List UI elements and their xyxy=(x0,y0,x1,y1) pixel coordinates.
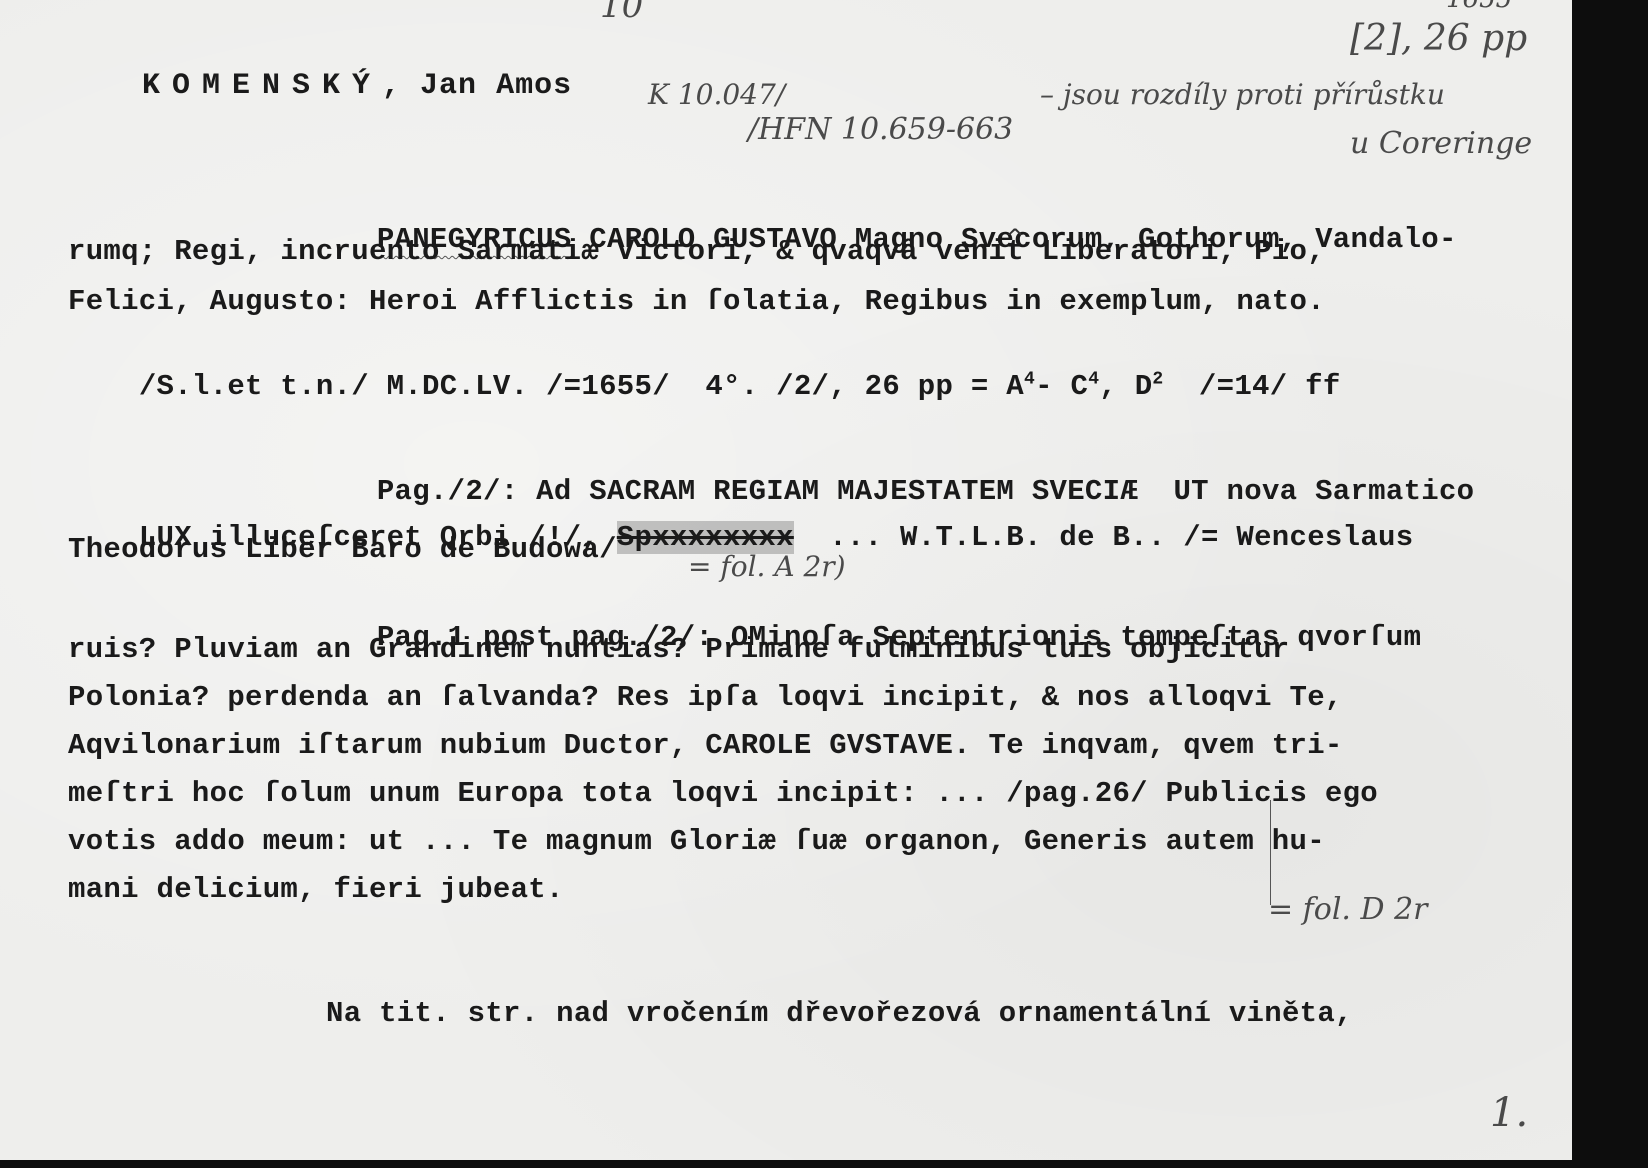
catalog-card: 10 1655 [2], 26 pp KOMENSKÝ, Jan Amos K … xyxy=(0,0,1572,1160)
title-line-3: Felici, Augusto: Heroi Afflictis in ſola… xyxy=(68,284,1325,320)
handwritten-fol-note-1: = fol. A 2r) xyxy=(688,550,846,583)
imprint-year: /=1655/ xyxy=(546,370,670,403)
handwritten-shelfmark-2: /HFN 10.659-663 xyxy=(748,112,1013,147)
incipit-line-3: Polonia? perdenda an ſalvanda? Res ipſa … xyxy=(68,680,1343,716)
dedication-line-2-end: ... W.T.L.B. de B.. /= Wenceslaus xyxy=(794,521,1414,554)
incipit-line-4: Aqvilonarium iſtarum nubium Ductor, CARO… xyxy=(68,728,1343,764)
handwritten-remark-line-1: – jsou rozdíly proti přírůstku xyxy=(1040,78,1445,111)
imprint-line: /S.l.et t.n./ M.DC.LV. /=1655/ 4°. /2/, … xyxy=(68,333,1341,441)
ornament-note: Na tit. str. nad vročením dřevořezová or… xyxy=(326,996,1353,1032)
incipit-line-5: meſtri hoc ſolum unum Europa tota loqvi … xyxy=(68,776,1378,812)
incipit-line-6: votis addo meum: ut ... Te magnum Gloriæ… xyxy=(68,824,1325,860)
imprint-leaves: /=14/ ff xyxy=(1199,370,1341,403)
incipit-line-2: ruis? Pluviam an Grandinem nuntias? Prim… xyxy=(68,632,1290,668)
imprint-place-printer: /S.l.et t.n./ xyxy=(139,370,369,403)
author-surname: KOMENSKÝ xyxy=(142,69,382,103)
author-given-name: , Jan Amos xyxy=(382,69,572,103)
incipit-line-7: mani delicium, fieri jubeat. xyxy=(68,872,564,908)
imprint-format: 4°. xyxy=(705,370,758,403)
imprint-pages: /2/, 26 pp xyxy=(776,370,953,403)
handwritten-fol-note-2: = fol. D 2r xyxy=(1268,892,1428,927)
title-line-2: rumq; Regi, incruento Sarmatiæ Victori, … xyxy=(68,234,1325,270)
handwritten-pointer-line xyxy=(1270,800,1271,905)
imprint-year-roman: M.DC.LV. xyxy=(387,370,529,403)
handwritten-pagination: [2], 26 pp xyxy=(1350,18,1527,59)
handwritten-year: 1655 xyxy=(1446,0,1512,14)
dedication-line-3: Theodorus Liber Baro de Budowa/ xyxy=(68,532,617,568)
scan-border-right xyxy=(1572,0,1648,1168)
handwritten-top-left-mark: 10 xyxy=(600,0,643,26)
handwritten-card-number: 1. xyxy=(1490,1090,1528,1136)
handwritten-remark-line-2: u Coreringe xyxy=(1350,126,1532,161)
scan-border-bottom xyxy=(0,1160,1648,1168)
author-heading: KOMENSKÝ, Jan Amos xyxy=(66,32,572,140)
imprint-collation: = A4- C4, D2 xyxy=(971,370,1164,403)
handwritten-shelfmark-1: K 10.047/ xyxy=(648,78,785,111)
